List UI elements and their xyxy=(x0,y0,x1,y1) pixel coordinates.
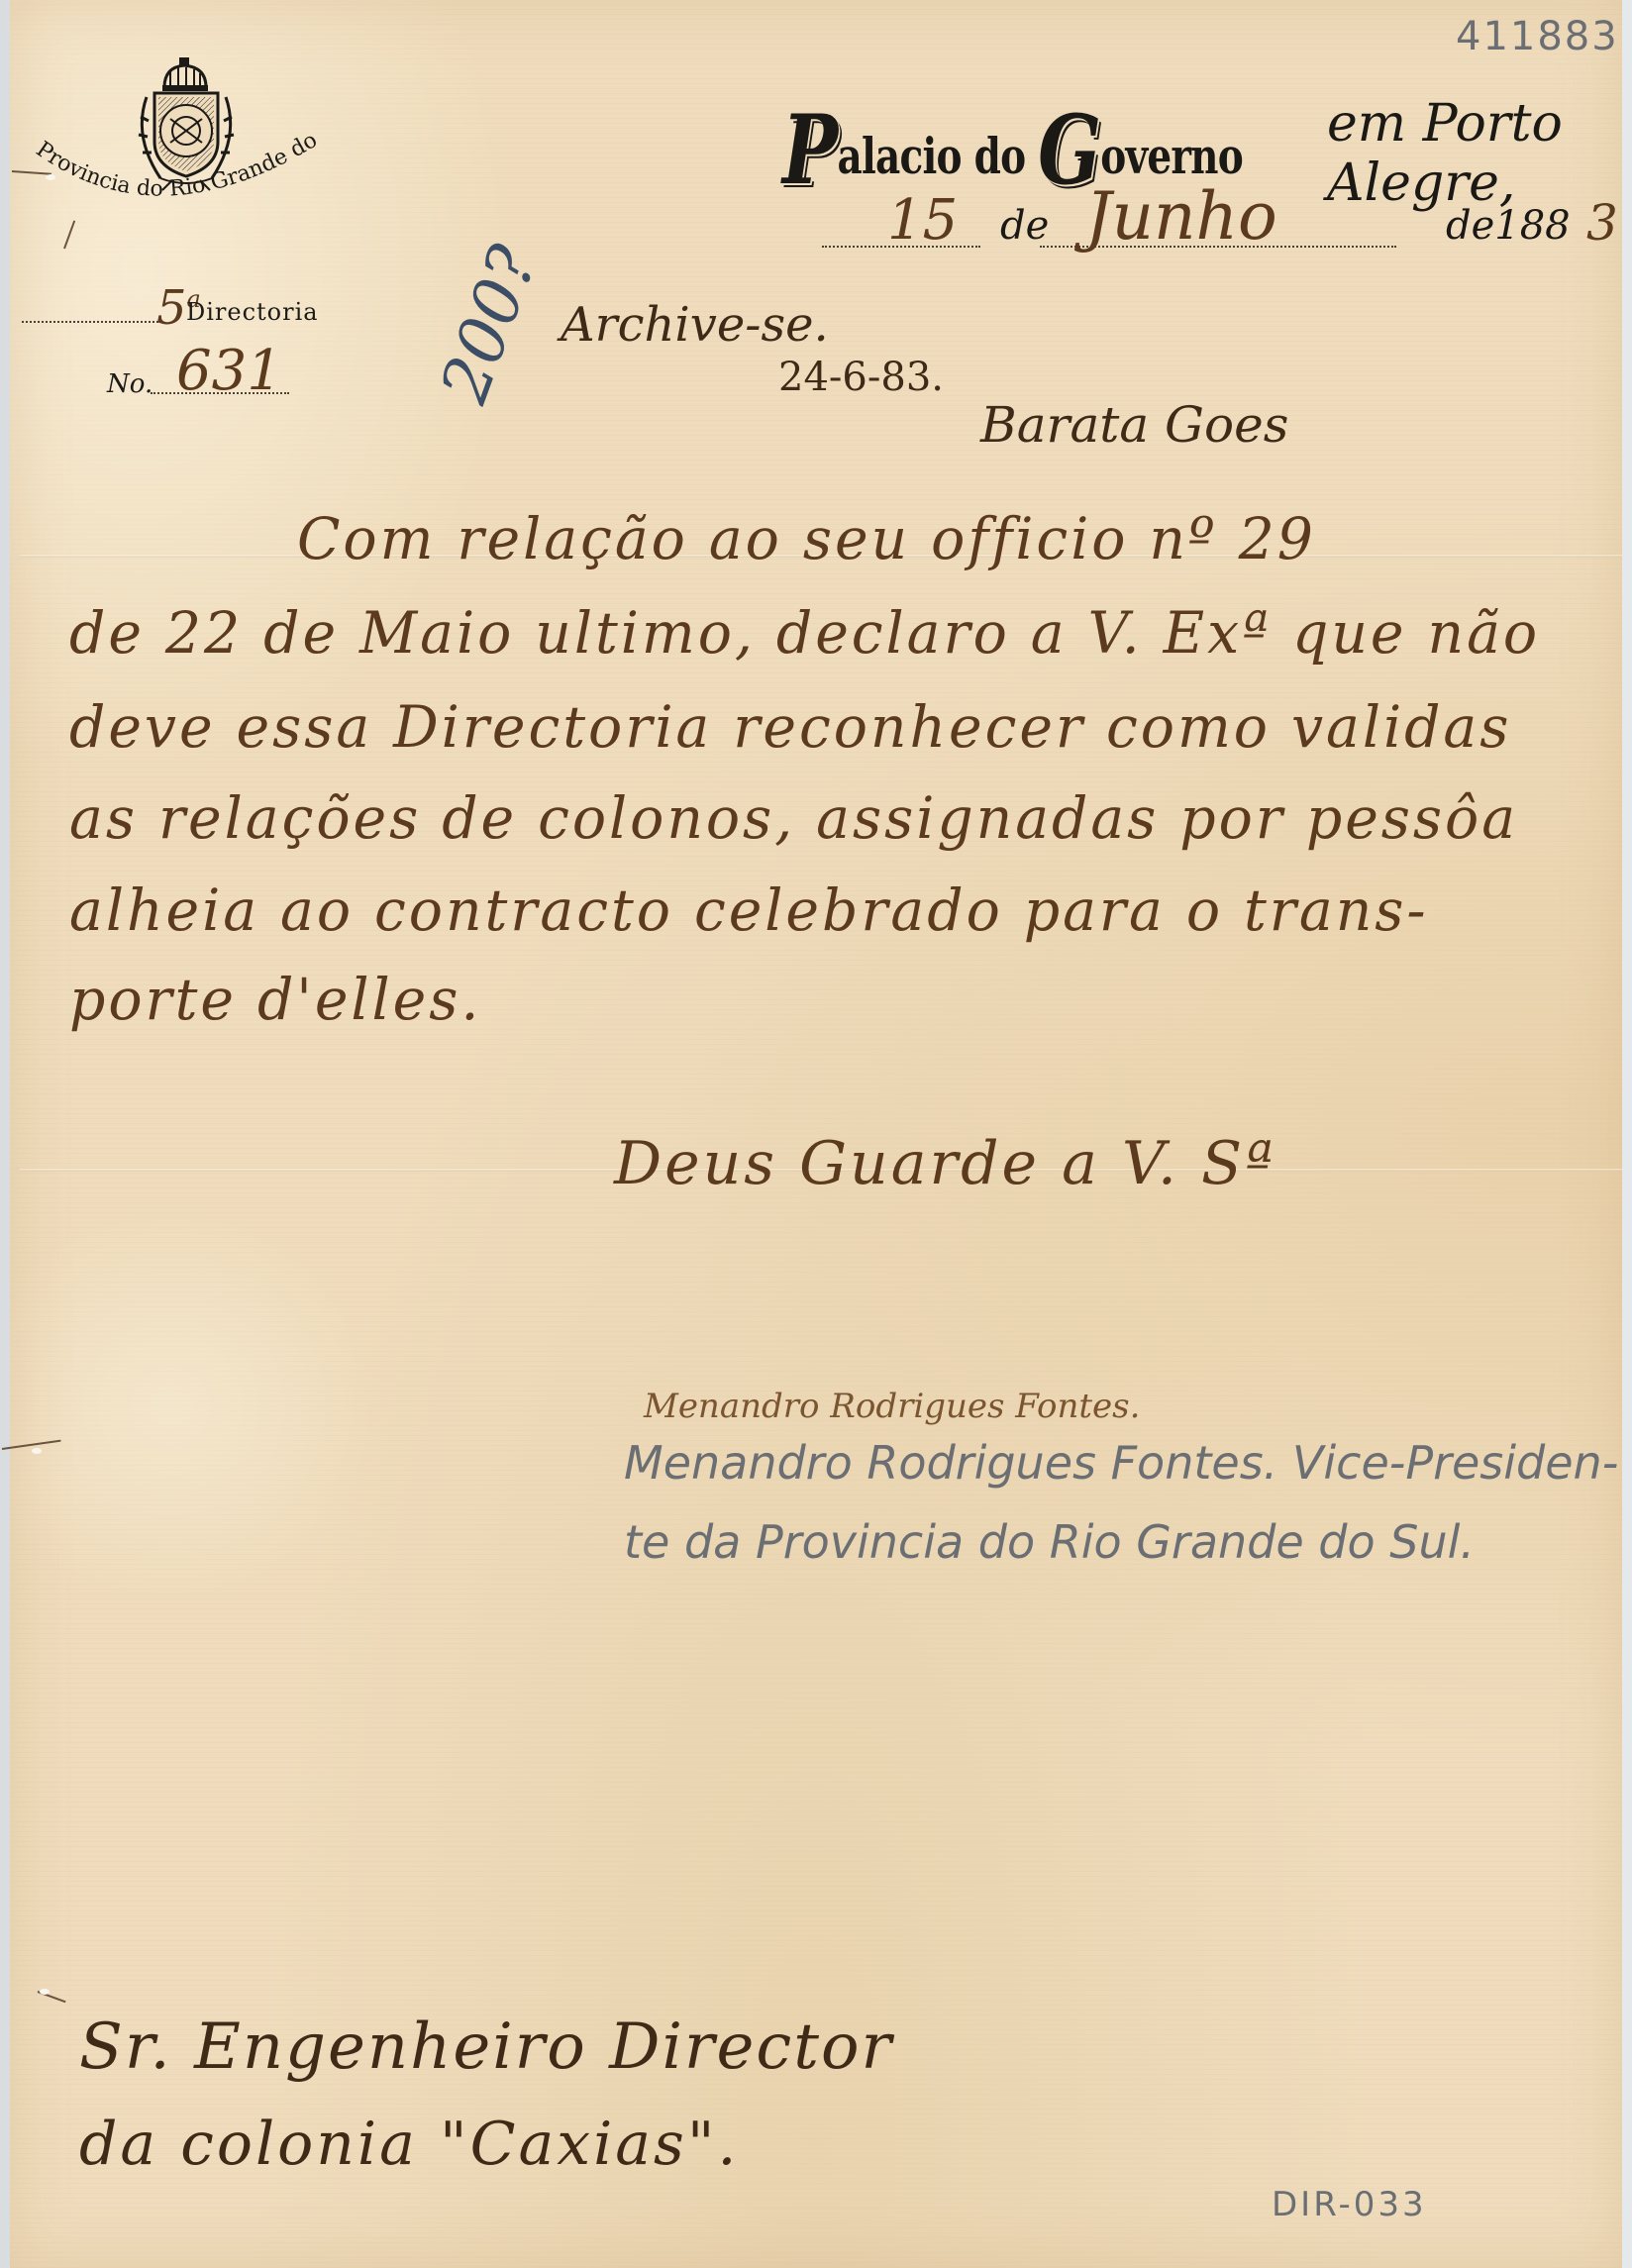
paper-hole xyxy=(40,1989,50,1995)
pencil-transcription-line-2: te da Provincia do Rio Grande do Sul. xyxy=(624,1515,1475,1569)
paper-hole xyxy=(32,1448,42,1454)
body-line-6: porte d'elles. xyxy=(69,966,481,1033)
date-day: 15 xyxy=(887,188,958,253)
archive-date: 24-6-83. xyxy=(778,355,944,400)
date-de-label: de xyxy=(1000,203,1049,249)
date-month: Junho xyxy=(1085,178,1277,255)
pencil-transcription-line-1: Menandro Rodrigues Fontes. Vice-Presiden… xyxy=(624,1436,1618,1490)
numero-label: No. xyxy=(107,369,153,399)
closing-salutation: Deus Guarde a V. Sª xyxy=(614,1129,1276,1198)
directoria-label: Directoria xyxy=(186,298,319,326)
body-line-1: Com relação ao seu officio nº 29 xyxy=(297,505,1316,572)
scan-edge xyxy=(1622,0,1632,2268)
document-page: Provincia do Rio Grande do Sul. 5a Direc… xyxy=(10,0,1622,2268)
body-line-3: deve essa Directoria reconhecer como val… xyxy=(69,693,1511,761)
city-line: em Porto Alegre, xyxy=(1327,94,1622,213)
archive-code-bottom: DIR-033 xyxy=(1272,2185,1427,2224)
paper-tear xyxy=(2,1440,61,1450)
body-line-5: alheia ao contracto celebrado para o tra… xyxy=(69,876,1429,944)
archive-note: Archive-se. xyxy=(561,297,829,353)
body-line-4: as relações de colonos, assignadas por p… xyxy=(69,784,1518,852)
numero-value: 631 xyxy=(176,339,282,403)
blue-pencil-mark: 200? xyxy=(426,236,553,412)
body-line-2: de 22 de Maio ultimo, declaro a V. Exª q… xyxy=(69,599,1540,667)
archive-number-top: 411883 xyxy=(1456,14,1619,59)
imperial-brazil-coat-of-arms-icon xyxy=(127,57,246,196)
addressee-line-2: da colonia "Caxias". xyxy=(79,2110,740,2179)
directoria-dotted-line xyxy=(22,321,158,323)
addressee-line-1: Sr. Engenheiro Director xyxy=(79,2010,893,2084)
archive-signature: Barata Goes xyxy=(980,396,1288,454)
ink-signature: Menandro Rodrigues Fontes. xyxy=(644,1387,1140,1426)
date-year-label: de188 xyxy=(1446,203,1571,249)
